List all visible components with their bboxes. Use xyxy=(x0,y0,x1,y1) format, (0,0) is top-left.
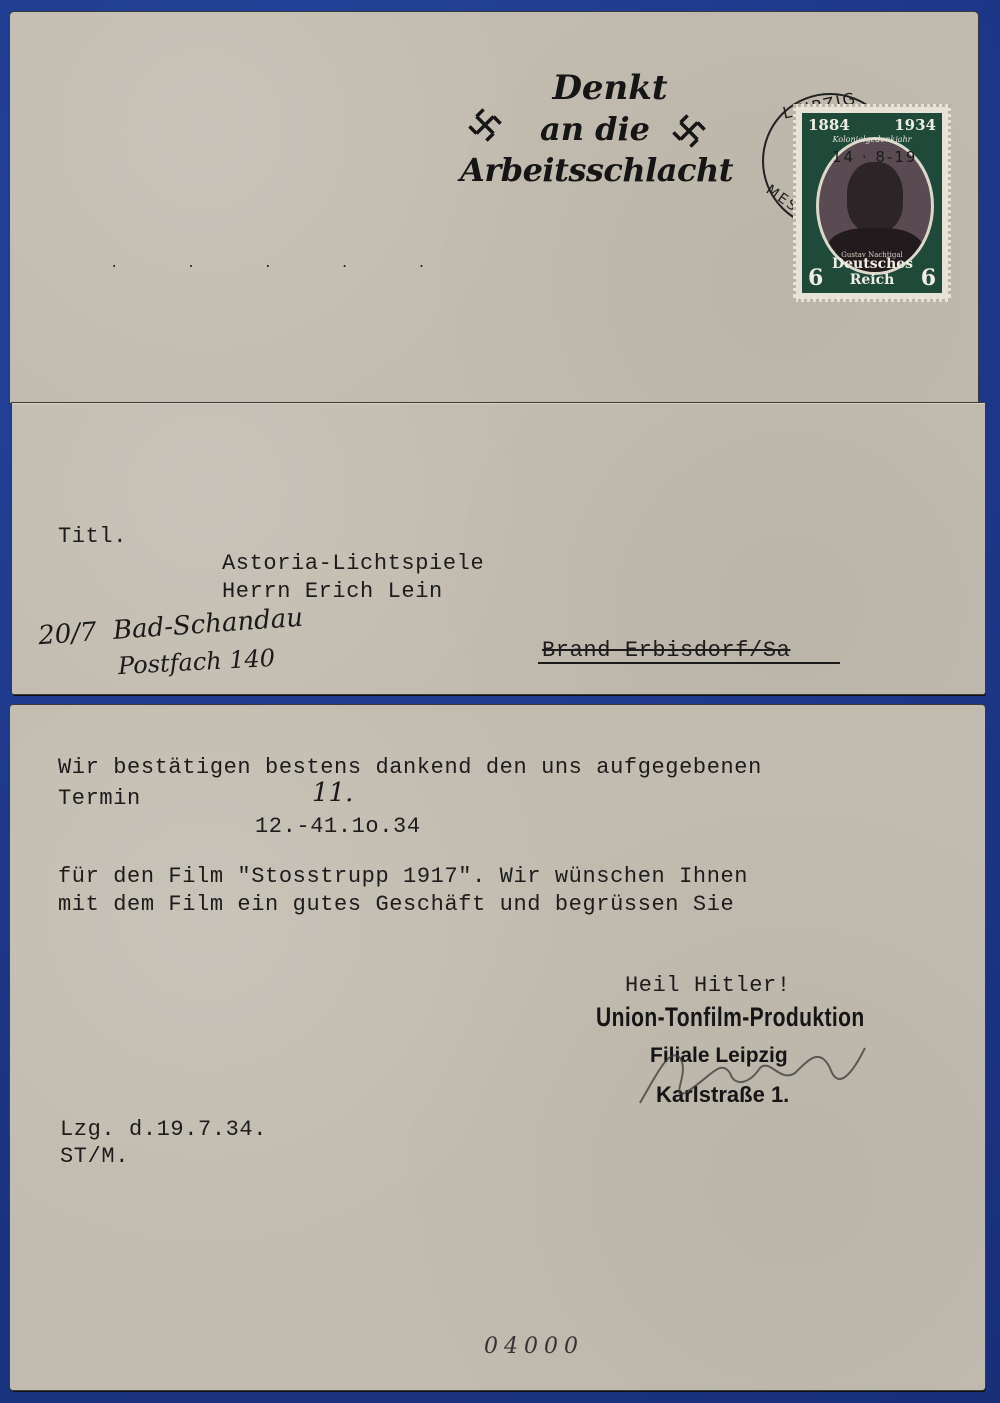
postmark-symbol-right-icon xyxy=(672,114,706,148)
message-line-4: mit dem Film ein gutes Geschäft und begr… xyxy=(58,890,734,919)
message-line-3: für den Film "Stosstrupp 1917". Wir wüns… xyxy=(58,862,748,891)
recipient-name-line-2: Herrn Erich Lein xyxy=(222,577,443,606)
salutation: Titl. xyxy=(58,522,127,551)
appointment-date: 12.-41.1o.34 xyxy=(255,812,421,841)
stamp-value-left: 6 xyxy=(808,265,823,291)
dotted-marks: . . . . . xyxy=(110,256,456,272)
place-and-date: Lzg. d.19.7.34. xyxy=(60,1115,267,1144)
handwritten-date-correction: 11. xyxy=(312,778,353,808)
slogan-line-1: Denkt xyxy=(490,68,730,108)
stamp-year-left: 1884 xyxy=(808,116,850,134)
closing-salutation: Heil Hitler! xyxy=(625,971,791,1000)
portrait-head xyxy=(847,162,903,232)
struck-destination: Brand-Erbisdorf/Sa xyxy=(542,636,790,665)
message-line-1: Wir bestätigen bestens dankend den uns a… xyxy=(58,753,762,782)
stamp-year-right: 1934 xyxy=(894,116,936,134)
message-line-2: Termin xyxy=(58,784,141,813)
postmark-date: 14 · 8-19 xyxy=(832,148,917,166)
stamp-subtitle: Kolonialgedenkjahr xyxy=(812,135,932,144)
postmark-symbol-left-icon xyxy=(468,108,502,142)
destination-underline xyxy=(538,662,840,664)
postage-stamp: 1884 1934 Kolonialgedenkjahr Gustav Nach… xyxy=(793,104,951,302)
stamp-frame: 1884 1934 Kolonialgedenkjahr Gustav Nach… xyxy=(802,113,942,293)
stamp-country: Deutsches Reich xyxy=(832,256,912,288)
slogan-line-3: Arbeitsschlacht xyxy=(460,150,730,190)
reference-initials: ST/M. xyxy=(60,1142,129,1171)
stamp-value-right: 6 xyxy=(921,265,936,291)
archive-number: 04000 xyxy=(484,1334,584,1359)
recipient-name-line-1: Astoria-Lichtspiele xyxy=(222,549,484,578)
handwritten-signature xyxy=(630,1028,880,1118)
